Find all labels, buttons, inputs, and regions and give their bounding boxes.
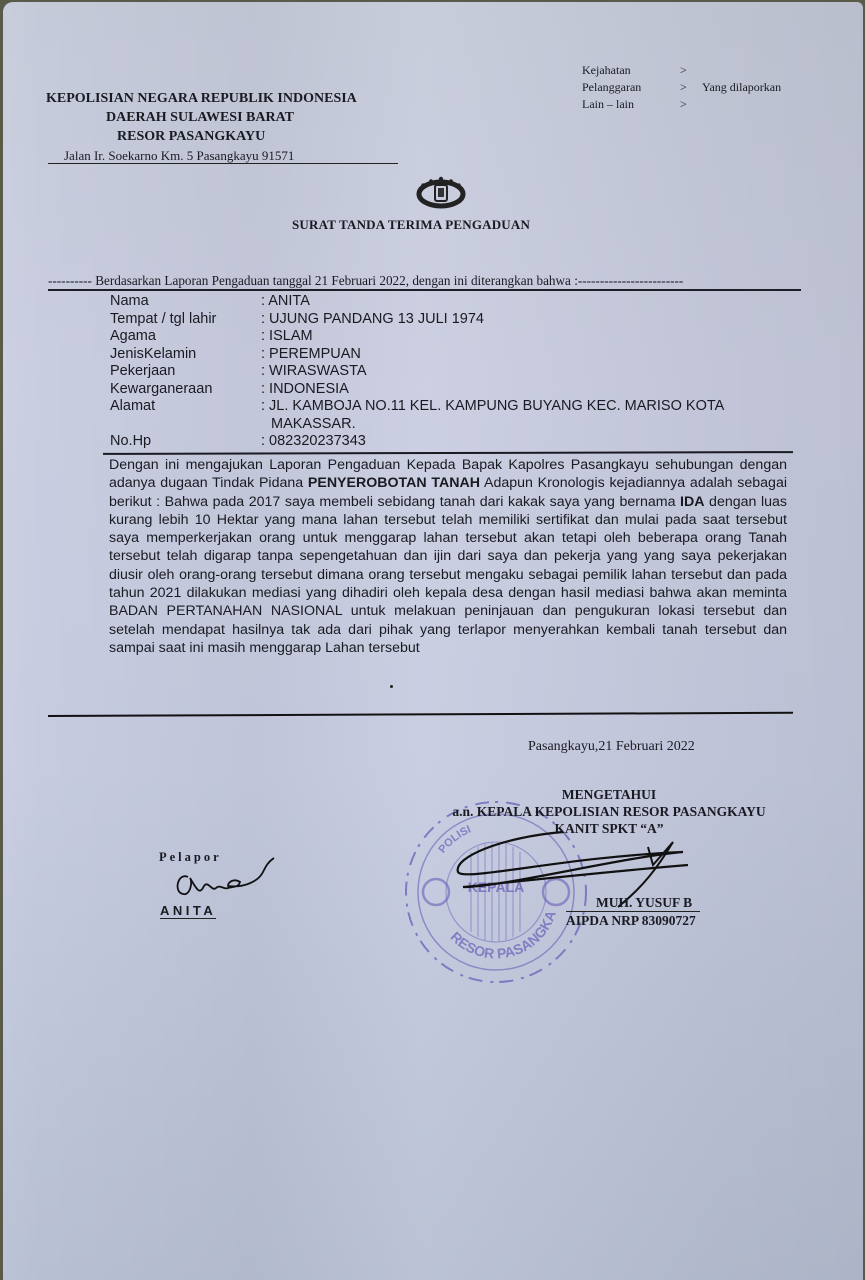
field-label: Pekerjaan — [110, 363, 175, 381]
ink-dot — [390, 685, 393, 688]
divider — [103, 451, 793, 455]
org-line-1: KEPOLISIAN NEGARA REPUBLIK INDONESIA — [46, 89, 357, 108]
field-value-continued: MAKASSAR. — [271, 416, 356, 434]
police-emblem-icon — [411, 174, 471, 210]
field-label: No.Hp — [110, 433, 151, 451]
divider — [48, 712, 793, 717]
category-label: Kejahatan — [582, 62, 680, 79]
complainant-name: ANITA — [160, 904, 216, 919]
field-label: Agama — [110, 328, 156, 346]
category-row: Pelanggaran > Yang dilaporkan — [582, 79, 781, 96]
field-value: : 082320237343 — [261, 433, 366, 451]
field-label: Kewarganeraan — [110, 381, 212, 399]
field-value: : WIRASWASTA — [261, 363, 367, 381]
arrow-icon: > — [680, 96, 702, 113]
field-value: : JL. KAMBOJA NO.11 KEL. KAMPUNG BUYANG … — [261, 398, 724, 416]
officer-name: MUH. YUSUF B — [566, 894, 700, 911]
org-line-2: DAERAH SULAWESI BARAT — [106, 108, 294, 127]
seller-name: IDA — [680, 494, 704, 510]
field-label: Tempat / tgl lahir — [110, 311, 216, 329]
field-label: Alamat — [110, 398, 155, 416]
category-note: Yang dilaporkan — [702, 79, 781, 96]
category-row: Lain – lain > — [582, 96, 781, 113]
category-label: Lain – lain — [582, 96, 680, 113]
officer-identity: MUH. YUSUF B AIPDA NRP 83090727 — [566, 894, 700, 929]
org-line-3: RESOR PASANGKAYU — [117, 127, 265, 146]
document-title: SURAT TANDA TERIMA PENGADUAN — [292, 217, 530, 233]
category-row: Kejahatan > — [582, 62, 781, 79]
officer-rank-nrp: AIPDA NRP 83090727 — [566, 911, 700, 929]
category-label: Pelanggaran — [582, 79, 680, 96]
acknowledged-heading: MENGETAHUI — [425, 786, 793, 803]
report-chronology: Dengan ini mengajukan Laporan Pengaduan … — [109, 456, 787, 657]
field-value: : INDONESIA — [261, 381, 349, 399]
field-label: JenisKelamin — [110, 346, 196, 364]
report-text: dengan luas kurang lebih 10 Hektar yang … — [109, 494, 787, 656]
field-value: : PEREMPUAN — [261, 346, 361, 364]
document-page: KEPOLISIAN NEGARA REPUBLIK INDONESIA DAE… — [3, 2, 863, 1280]
intro-statement: ---------- Berdasarkan Laporan Pengaduan… — [48, 273, 801, 291]
complainant-signature-icon — [168, 852, 278, 902]
crime-type: PENYEROBOTAN TANAH — [308, 475, 480, 491]
arrow-icon: > — [680, 62, 702, 79]
field-value: : UJUNG PANDANG 13 JULI 1974 — [261, 311, 484, 329]
field-value: : ANITA — [261, 293, 310, 311]
place-date: Pasangkayu,21 Februari 2022 — [528, 739, 695, 755]
field-label: Nama — [110, 293, 149, 311]
field-value: : ISLAM — [261, 328, 313, 346]
arrow-icon: > — [680, 79, 702, 96]
category-box: Kejahatan > Pelanggaran > Yang dilaporka… — [582, 62, 781, 113]
office-address: Jalan Ir. Soekarno Km. 5 Pasangkayu 9157… — [48, 148, 398, 164]
